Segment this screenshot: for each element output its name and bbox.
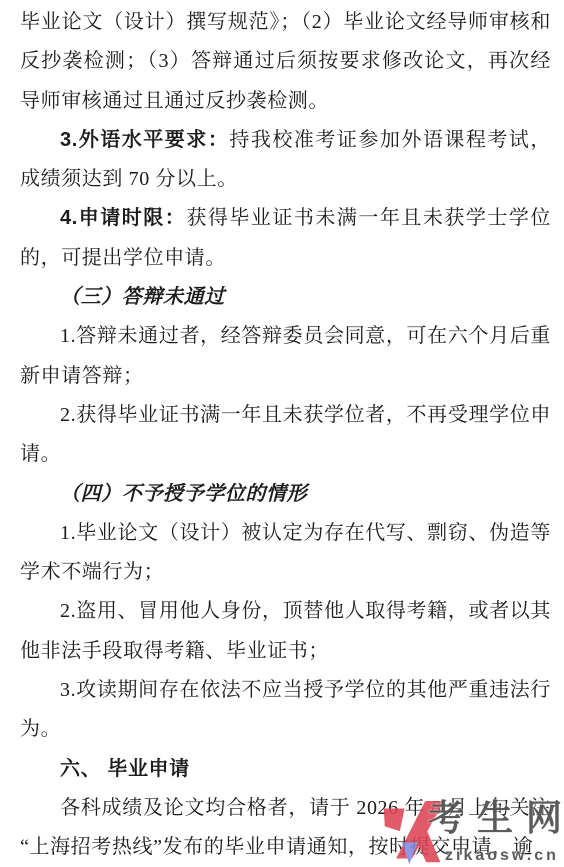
paragraph-label: 六、 毕业申请 bbox=[60, 758, 190, 780]
paragraph-text: 2.盗用、冒用他人身份，顶替他人取得考籍，或者以其他非法手段取得考籍、毕业证书； bbox=[20, 600, 551, 661]
paragraph-graduation-notice: 各科成绩及论文均合格者，请于 2026 年 6 月上旬关注“上海招考热线”发布的… bbox=[20, 789, 551, 867]
paragraph-label: （三）答辩未通过 bbox=[60, 286, 225, 308]
heading-degree-not-granted: （四）不予授予学位的情形 bbox=[20, 475, 551, 514]
paragraph-text: 3.攻读期间存在依法不应当授予学位的其他严重违法行为。 bbox=[20, 679, 551, 740]
document-page: { "page": { "background": "#ffffff", "te… bbox=[0, 0, 564, 867]
paragraph-defense-retry: 1.答辩未通过者，经答辩委员会同意，可在六个月后重新申请答辩； bbox=[20, 317, 551, 396]
heading-graduation-application: 六、 毕业申请 bbox=[20, 750, 551, 789]
paragraph-label: 3.外语水平要求： bbox=[60, 129, 229, 151]
paragraph-label: 4.申请时限： bbox=[60, 207, 186, 229]
paragraph-degree-no-longer-accepted: 2.获得毕业证书满一年且未获学位者，不再受理学位申请。 bbox=[20, 396, 551, 475]
paragraph-text: 2.获得毕业证书满一年且未获学位者，不再受理学位申请。 bbox=[20, 404, 551, 465]
paragraph-other-serious-violations: 3.攻读期间存在依法不应当授予学位的其他严重违法行为。 bbox=[20, 671, 551, 750]
paragraph-academic-misconduct: 1.毕业论文（设计）被认定为存在代写、剽窃、伪造等学术不端行为； bbox=[20, 514, 551, 593]
paragraph-label: （四）不予授予学位的情形 bbox=[60, 483, 307, 505]
paragraph-text: 1.答辩未通过者，经答辩委员会同意，可在六个月后重新申请答辩； bbox=[20, 325, 551, 386]
document-text: 毕业论文（设计）撰写规范》；（2）毕业论文经导师审核和反抄袭检测；（3）答辩通过… bbox=[20, 3, 551, 867]
paragraph-identity-fraud: 2.盗用、冒用他人身份，顶替他人取得考籍，或者以其他非法手段取得考籍、毕业证书； bbox=[20, 592, 551, 671]
paragraph-text: 1.毕业论文（设计）被认定为存在代写、剽窃、伪造等学术不端行为； bbox=[20, 522, 551, 583]
paragraph-text: 毕业论文（设计）撰写规范》；（2）毕业论文经导师审核和反抄袭检测；（3）答辩通过… bbox=[20, 11, 551, 112]
paragraph-text: 各科成绩及论文均合格者，请于 2026 年 6 月上旬关注“上海招考热线”发布的… bbox=[20, 797, 551, 858]
document-body: 毕业论文（设计）撰写规范》；（2）毕业论文经导师审核和反抄袭检测；（3）答辩通过… bbox=[0, 0, 564, 867]
paragraph-thesis-review-continuation: 毕业论文（设计）撰写规范》；（2）毕业论文经导师审核和反抄袭检测；（3）答辩通过… bbox=[20, 3, 551, 121]
heading-defense-not-passed: （三）答辩未通过 bbox=[20, 278, 551, 317]
paragraph-foreign-language-requirement: 3.外语水平要求：持我校准考证参加外语课程考试，成绩须达到 70 分以上。 bbox=[20, 121, 551, 200]
paragraph-application-time-limit: 4.申请时限：获得毕业证书未满一年且未获学士学位的，可提出学位申请。 bbox=[20, 199, 551, 278]
